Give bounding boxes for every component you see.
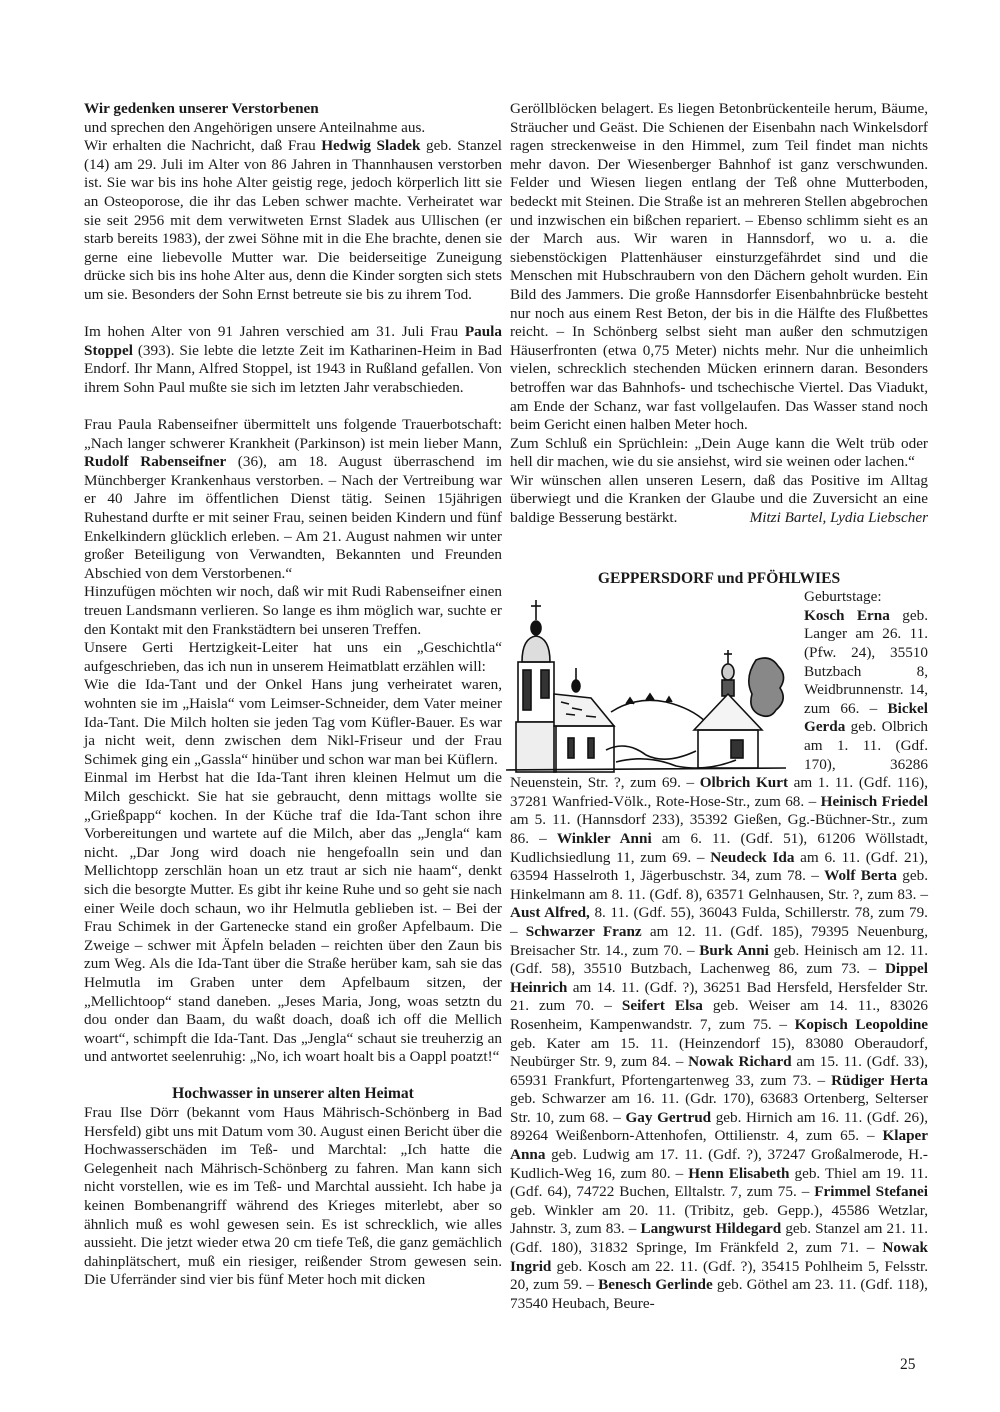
story-part-2: Einmal im Herbst hat die Ida-Tant ihren … xyxy=(84,769,502,1067)
flood-heading: Hochwasser in unserer alten Heimat xyxy=(84,1085,502,1104)
church-illustration xyxy=(506,590,796,773)
obituary-rabenseifner: Frau Paula Rabenseifner übermittelt uns … xyxy=(84,416,502,583)
deceased-name: Rudolf Rabenseifner xyxy=(84,453,226,470)
saying: Zum Schluß ein Sprüchlein: „Dein Auge ka… xyxy=(510,435,928,472)
deceased-name: Hedwig Sladek xyxy=(321,137,420,154)
obituary-sladek: Wir erhalten die Nachricht, daß Frau Hed… xyxy=(84,137,502,304)
page-number: 25 xyxy=(900,1356,916,1374)
obituary-stoppel: Im hohen Alter von 91 Jahren verschied a… xyxy=(84,323,502,397)
story-part-1: Wie die Ida-Tant und der Onkel Hans jung… xyxy=(84,676,502,769)
memorial-intro: und sprechen den Angehörigen unsere Ante… xyxy=(84,119,502,138)
flood-report: Frau Ilse Dörr (bekannt vom Haus Mährisc… xyxy=(84,1104,502,1290)
flood-report-continued: Geröllblöcken belagert. Es liegen Betonb… xyxy=(510,100,928,435)
paragraph-hinzufuegen: Hinzufügen möchten wir noch, daß wir mit… xyxy=(84,583,502,639)
memorial-heading: Wir gedenken unserer Verstorbenen xyxy=(84,100,502,119)
closing-wishes: Wir wünschen allen unseren Lesern, daß d… xyxy=(510,472,928,528)
signature: Mitzi Bartel, Lydia Liebscher xyxy=(750,509,928,528)
section-heading-geppersdorf: GEPPERSDORF und PFÖHLWIES xyxy=(510,570,928,589)
right-column: Geröllblöcken belagert. Es liegen Betonb… xyxy=(510,100,928,1313)
church-icon xyxy=(506,590,796,773)
birthdays-section: Geburtstage: Kosch Erna geb. Langer am 2… xyxy=(510,588,928,1313)
paragraph-gerti: Unsere Gerti Hertzigkeit-Leiter hat uns … xyxy=(84,639,502,676)
left-column: Wir gedenken unserer Verstorbenen und sp… xyxy=(84,100,502,1290)
